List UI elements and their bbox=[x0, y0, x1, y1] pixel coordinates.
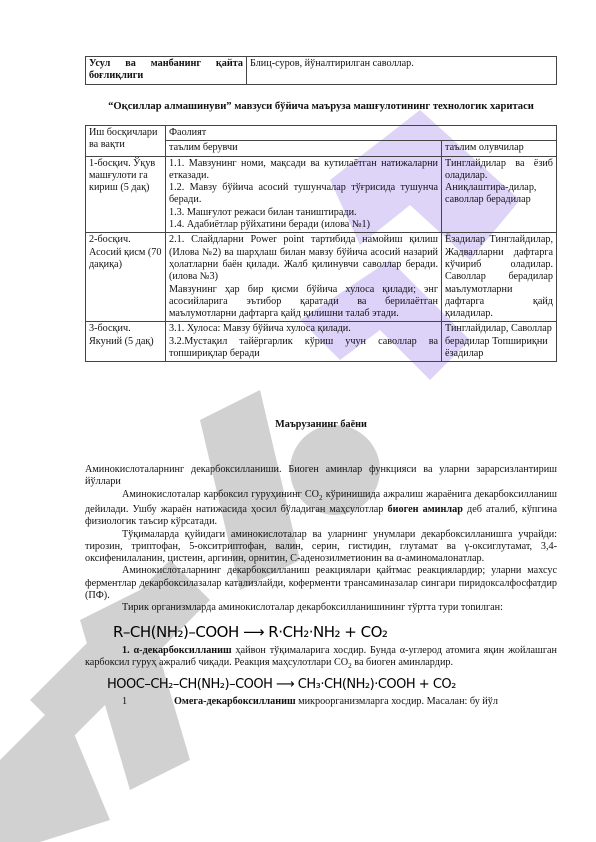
paragraph: Аминокислоталар карбоксил гуруҳининг CO2… bbox=[85, 489, 557, 529]
table-row: 2-босқич. Асосий қисм (70 дақиқа) 2.1. С… bbox=[86, 233, 557, 322]
paragraph: Аминокислоталарнинг декарбоксилланиш реа… bbox=[85, 565, 557, 602]
method-value: Блиц-суров, йўналтирилган саволлар. bbox=[247, 57, 557, 85]
paragraph: 1Омега-декарбоксилланиш микроорганизмлар… bbox=[85, 696, 557, 708]
stage-cell: 3-босқич. Якуний (5 дақ) bbox=[86, 322, 166, 362]
document-page: Усул ва манбанинг қайта боғлиқлиги Блиц-… bbox=[0, 0, 596, 842]
table-row: 3-босқич. Якуний (5 дақ) 3.1. Хулоса: Ма… bbox=[86, 322, 557, 362]
activity-item: 3.1. Хулоса: Мавзу бўйича хулоса қилади. bbox=[169, 323, 438, 335]
paragraph: Тўқималарда қуйидаги аминокислоталар ва … bbox=[85, 529, 557, 566]
students-cell: Тинглайдилар, Саволлар берадилар Топшири… bbox=[442, 322, 557, 362]
teacher-cell: 1.1. Мавзунинг номи, мақсади ва кутилаёт… bbox=[166, 156, 442, 233]
table-row: 1-босқич. Ўқув машғулоти га кириш (5 дақ… bbox=[86, 156, 557, 233]
header-stage: Иш босқичлари ва вақти bbox=[86, 126, 166, 157]
activity-item: 3.2.Мустақил тайёргарлик кўриш учун саво… bbox=[169, 336, 438, 361]
method-table: Усул ва манбанинг қайта боғлиқлиги Блиц-… bbox=[85, 56, 557, 85]
map-title: “Оқсиллар алмашинуви” мавзуси бўйича маъ… bbox=[85, 101, 557, 113]
activity-item: 2.1. Слайдларни Power point тартибида на… bbox=[169, 234, 438, 283]
activity-item: 1.1. Мавзунинг номи, мақсади ва кутилаёт… bbox=[169, 158, 438, 183]
formula-alpha: HOOC–CH₂–CH(NH₂)–COOH ⟶ CH₃·CH(NH₂)·COOH… bbox=[107, 676, 557, 694]
header-activity: Фаолият bbox=[166, 126, 557, 141]
activity-item: 1.3. Машғулот режаси билан таништиради. bbox=[169, 207, 438, 219]
method-label: Усул ва манбанинг қайта боғлиқлиги bbox=[86, 57, 247, 85]
tech-map-table: Иш босқичлари ва вақти Фаолият таълим бе… bbox=[85, 125, 557, 362]
paragraph: Аминокислоталарнинг декарбоксилланиши. Б… bbox=[85, 464, 557, 489]
activity-item: 1.4. Адабиётлар рўйхатини беради (илова … bbox=[169, 219, 438, 231]
stage-cell: 2-босқич. Асосий қисм (70 дақиқа) bbox=[86, 233, 166, 322]
stage-cell: 1-босқич. Ўқув машғулоти га кириш (5 дақ… bbox=[86, 156, 166, 233]
activity-item: 1.2. Мавзу бўйича асосий тушунчалар тўғр… bbox=[169, 182, 438, 207]
lecture-body: Аминокислоталарнинг декарбоксилланиши. Б… bbox=[85, 464, 557, 709]
teacher-cell: 3.1. Хулоса: Мавзу бўйича хулоса қилади.… bbox=[166, 322, 442, 362]
students-cell: Тинглайдилар ва ёзиб оладилар. Аниқлашти… bbox=[442, 156, 557, 233]
section-title: Маърузанинг баёни bbox=[85, 419, 557, 431]
paragraph: 1. α-декарбоксилланиш ҳайвон тўқималариг… bbox=[85, 645, 557, 673]
formula-general: R–CH(NH₂)–COOH ⟶ R·CH₂·NH₂ + CO₂ bbox=[113, 623, 557, 641]
activity-item: Мавзунинг ҳар бир қисми бўйича хулоса қи… bbox=[169, 284, 438, 321]
teacher-cell: 2.1. Слайдларни Power point тартибида на… bbox=[166, 233, 442, 322]
header-students: таълим олувчилар bbox=[442, 141, 557, 156]
paragraph: Тирик организмларда аминокислоталар дека… bbox=[85, 602, 557, 614]
students-cell: Ёзадилар Тинглайдилар, Жадвалларни дафта… bbox=[442, 233, 557, 322]
header-teacher: таълим берувчи bbox=[166, 141, 442, 156]
